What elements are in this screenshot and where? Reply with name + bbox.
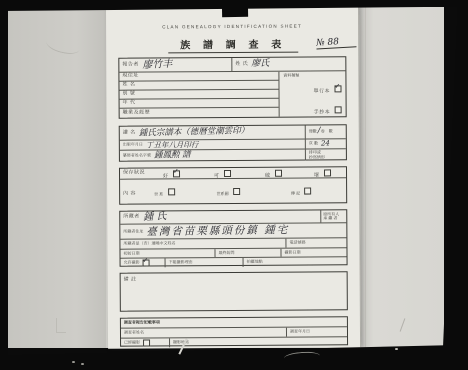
checkbox: ✓ — [305, 188, 312, 195]
contents-options: 世 系 ✓ 世系圖 ✓ 傳 記 ✓ 行 傳 ✓ 傳記人 ✓ 世居移住記事 ✓ — [154, 178, 346, 205]
backing-sheet-left — [8, 7, 106, 348]
pages-value: 24 — [321, 140, 330, 147]
book-title-cell: 譜 名 鍾氏宗譜本（德曆堂潮雲印） — [120, 126, 305, 140]
checkbox: ✓ — [168, 188, 175, 195]
permission-cell: 允許攝影 ✓ — [121, 258, 165, 267]
owner-note-cell: 原所有人 承 繼 者 — [320, 210, 346, 222]
pubdate-label: 出版年月日 — [123, 143, 143, 148]
film-border-right — [442, 0, 468, 370]
chinese-title: 族 譜 調 查 表 — [168, 36, 298, 54]
printing-cell: 排印或 抄寫情形 — [305, 149, 346, 160]
book-title-value: 鍾氏宗譜本（德曆堂潮雲印） — [139, 127, 250, 138]
owner-literacy-cell: 所藏者是（否）通曉中文姓名 — [120, 239, 285, 249]
field-label: 年 代 — [123, 101, 136, 107]
dust-speck — [81, 363, 84, 365]
checkbox: ✓ — [335, 107, 342, 114]
pubdate-value: 丁丑年八月印行 — [146, 141, 199, 149]
pages-label: 頁 數 — [309, 142, 318, 146]
contents-option: 傳 記 ✓ — [291, 182, 312, 200]
phone-cell: 電話號碼 — [285, 238, 346, 247]
contents-option: 行 傳 ✓ — [154, 205, 212, 206]
film-result-cell: 攝影地點 — [169, 337, 347, 347]
checkmark-icon: ✓ — [334, 83, 340, 91]
preservation-label: 保存狀況 — [123, 171, 145, 177]
reporter-label: 報告者 — [122, 62, 139, 68]
preservation-option: 破 ✓ — [265, 167, 282, 178]
compiler-label: 纂修者姓名字號 — [123, 154, 151, 159]
pubdate-cell: 出版年月日 丁丑年八月印行 — [120, 140, 305, 150]
volumes-cell: 冊數 卷 數 ∕ — [305, 125, 346, 138]
checkbox-checked: ✓ — [334, 86, 341, 93]
checkmark-icon: ✓ — [143, 258, 149, 264]
owner-cell: 所藏者 鍾 氏 — [120, 210, 320, 223]
surname-value: 廖氏 — [251, 60, 269, 69]
field-label: 別 號 — [123, 92, 136, 98]
checkbox: ✓ — [224, 170, 231, 177]
table-reporter: 報告者 廖竹丰 姓 氏 廖氏 現住址 姓 名 別 號 年 代 職業及經歷 — [118, 56, 346, 118]
film-border-left — [0, 0, 8, 370]
preservation-option: 壞 ✓ — [314, 167, 331, 178]
book-title-label: 譜 名 — [123, 130, 136, 136]
surname-cell: 姓 氏 廖氏 — [231, 57, 345, 71]
dust-speck — [72, 361, 75, 363]
owner-value: 鍾 氏 — [143, 212, 167, 223]
checkbox: ✓ — [324, 169, 331, 176]
contents-label: 內 容 — [123, 192, 136, 198]
checkbox-checked: ✓ — [173, 170, 180, 177]
checkmark-icon: ✓ — [173, 167, 179, 175]
owner-address-cell: 所藏者住址 臺灣省苗栗縣頭份鎮 鍾宅 — [120, 223, 346, 238]
investigator-name-cell: 調查者姓名 — [121, 328, 286, 338]
owner-label: 所藏者 — [123, 215, 140, 221]
reporter-detail-rows: 現住址 姓 名 別 號 年 代 職業及經歷 — [119, 72, 278, 118]
owner-address-value: 臺灣省苗栗縣頭份鎮 鍾宅 — [146, 225, 289, 238]
reporter-value: 廖竹丰 — [142, 59, 172, 70]
material-option: 單行本 ✓ — [283, 80, 341, 98]
date-cell-2: 最終訪問 — [214, 249, 280, 257]
serial-number: № 88 — [316, 37, 357, 49]
date-cell-1: 初訪日期 — [120, 249, 214, 258]
form-sheet: CLAN GENEALOGY IDENTIFICATION SHEET 族 譜 … — [106, 6, 361, 349]
checkbox: ✓ — [275, 170, 282, 177]
table-owner: 所藏者 鍾 氏 原所有人 承 繼 者 所藏者住址 臺灣省苗栗縣頭份鎮 鍾宅 — [119, 209, 347, 266]
contents-option: 世 系 ✓ — [154, 182, 212, 200]
preservation-row: 保存狀況 好 ✓ 可 ✓ 破 ✓ 壞 ✓ — [120, 167, 346, 178]
microfilm-frame: CLAN GENEALOGY IDENTIFICATION SHEET 族 譜 … — [0, 0, 468, 370]
table-remarks: 備 註 — [120, 271, 348, 311]
shoot-place-cell: 拍攝地點 — [243, 257, 347, 267]
date-cell-3: 攝影日期 — [280, 248, 346, 256]
checkbox: ✓ — [233, 188, 240, 195]
field-label: 姓 名 — [122, 83, 135, 89]
permission-reason-cell: 不能攝影理由 — [165, 258, 243, 267]
checkbox-checked: ✓ — [143, 260, 150, 267]
material-header: 資料種類 — [283, 73, 341, 78]
material-type-box: 資料種類 單行本 ✓ 手抄本 ✓ 複印本 ✓ — [278, 71, 345, 116]
corner-scratch-mark — [56, 318, 66, 333]
filmed-cell: 已經攝影 ✓ — [121, 338, 169, 347]
english-title: CLAN GENEALOGY IDENTIFICATION SHEET — [118, 23, 346, 29]
reporter-cell: 報告者 廖竹丰 — [119, 58, 231, 72]
field-label: 職業及經歷 — [123, 110, 151, 116]
material-option: 手抄本 ✓ — [284, 101, 342, 118]
survey-date-cell: 調查年月日 — [286, 327, 347, 336]
dust-speck — [395, 348, 398, 350]
volumes-value: ∕ — [318, 126, 321, 134]
backing-sheet-right — [358, 7, 444, 348]
film-tab-notch — [222, 0, 248, 17]
contents-option: 世系圖 ✓ — [217, 182, 287, 200]
field-label: 現住址 — [122, 74, 139, 80]
compiler-value: 鍾鳳勲 譜 — [154, 151, 191, 160]
contents-option: 傳記人 ✓ — [217, 205, 287, 206]
remarks-cell: 備 註 — [121, 272, 347, 310]
preservation-option: 好 ✓ — [163, 167, 180, 178]
owner-address-label: 所藏者住址 — [123, 229, 143, 234]
pages-cell: 頁 數 24 — [305, 139, 346, 148]
investigator-header-cell: 調查者報告記載事項 — [121, 318, 160, 327]
contents-option: 世居移住記事 ✓ — [291, 204, 327, 205]
compiler-cell: 纂修者姓名字號 鍾鳳勲 譜 — [120, 150, 305, 162]
contents-label-cell: 內 容 — [120, 179, 154, 205]
photo-area: CLAN GENEALOGY IDENTIFICATION SHEET 族 譜 … — [8, 7, 444, 348]
table-investigator: 調查者報告記載事項 調查者姓名 調查年月日 已經攝影 ✓ 攝影地點 — [120, 316, 348, 346]
remarks-label: 備 註 — [124, 278, 137, 284]
table-book-info: 譜 名 鍾氏宗譜本（德曆堂潮雲印） 冊數 卷 數 ∕ 出版年月日 丁丑年八月印行… — [119, 124, 347, 161]
table-condition: 保存狀況 好 ✓ 可 ✓ 破 ✓ 壞 ✓ 內 容 世 系 ✓ 世系圖 ✓ — [119, 166, 347, 204]
preservation-option: 可 ✓ — [214, 167, 231, 178]
checkbox: ✓ — [143, 340, 150, 347]
surname-label: 姓 氏 — [235, 62, 248, 68]
